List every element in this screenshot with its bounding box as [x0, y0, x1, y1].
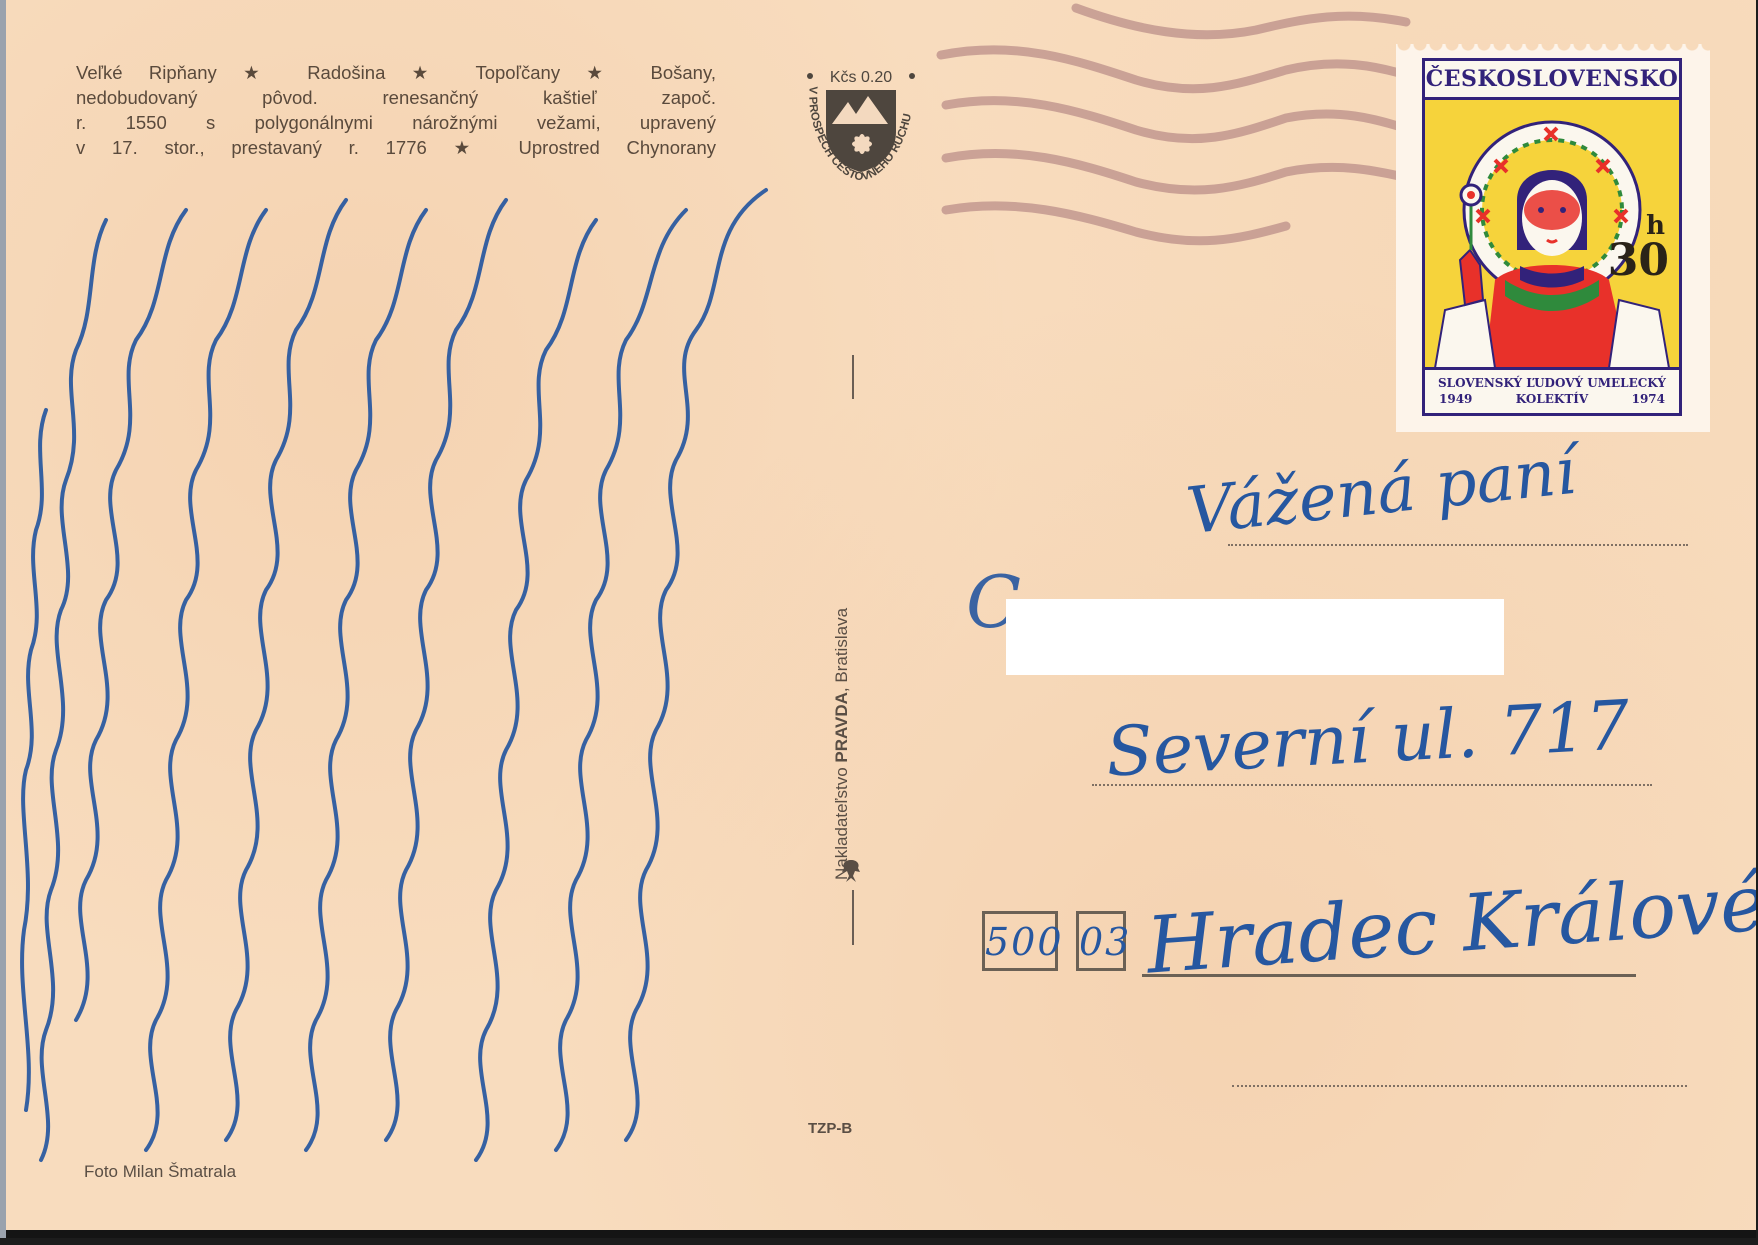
postmark-cancellation — [936, 0, 1436, 250]
zip-code-part-2: 03 — [1079, 920, 1123, 964]
stamp-frame: ČESKOSLOVENSKO — [1422, 58, 1682, 416]
postcard: Veľké Ripňany ★ Radošina ★ Topoľčany ★ B… — [0, 0, 1756, 1238]
card-edge-shadow — [6, 1230, 1756, 1238]
emblem-price: Kčs 0.20 — [830, 69, 892, 86]
stamp-value: 30 — [1608, 235, 1669, 286]
stamp-footer-word: KOLEKTÍV — [1516, 391, 1588, 407]
zip-code-box-2: 03 — [1076, 911, 1126, 971]
zip-code-part-1: 500 — [985, 920, 1055, 964]
address-line-5 — [1232, 1085, 1687, 1087]
address-line-3 — [1092, 784, 1652, 786]
card-code: TZP-B — [808, 1120, 852, 1137]
pravda-logo-icon — [839, 858, 863, 884]
postage-stamp: ČESKOSLOVENSKO — [1396, 44, 1710, 432]
photo-credit: Foto Milan Šmatrala — [84, 1162, 236, 1182]
redacted-name — [1006, 599, 1504, 675]
mountain-edelweiss-shield-icon: Kčs 0.20 V PROSPECH CESTOVNÉHO RUCHU — [796, 62, 926, 187]
address-line-1 — [1228, 544, 1688, 546]
address-street: Severní ul. 717 — [1104, 686, 1631, 792]
handwritten-message — [6, 170, 866, 1230]
address-salutation: Vážená paní — [1183, 435, 1579, 549]
stamp-footer: SLOVENSKÝ ĽUDOVÝ UMELECKÝ 1949 KOLEKTÍV … — [1425, 367, 1679, 413]
postcard-caption: Veľké Ripňany ★ Radošina ★ Topoľčany ★ B… — [76, 60, 716, 160]
city-underline — [1142, 974, 1636, 977]
stamp-country: ČESKOSLOVENSKO — [1425, 61, 1679, 100]
caption-line: nedobudovaný pôvod. renesančný kaštieľ z… — [76, 85, 716, 110]
vertical-divider-bottom — [852, 890, 854, 945]
caption-line: Veľké Ripňany ★ Radošina ★ Topoľčany ★ B… — [76, 60, 716, 85]
publisher-suffix: , Bratislava — [832, 608, 851, 692]
stamp-year-end: 1974 — [1632, 391, 1665, 407]
zip-code-box-1: 500 — [982, 911, 1058, 971]
stamp-denomination: h 30 — [1608, 211, 1669, 281]
stamp-year-start: 1949 — [1439, 391, 1472, 407]
publisher-name: PRAVDA — [832, 692, 851, 763]
publisher-imprint: Nakladateľstvo PRAVDA, Bratislava — [832, 608, 852, 880]
caption-line: r. 1550 s polygonálnymi nárožnými vežami… — [76, 110, 716, 135]
address-city: Hradec Králové — [1144, 858, 1756, 991]
caption-line: v 17. stor., prestavaný r. 1776 ★ Uprost… — [76, 135, 716, 160]
stamp-footer-line1: SLOVENSKÝ ĽUDOVÝ UMELECKÝ — [1425, 375, 1679, 391]
vertical-divider-top — [852, 355, 854, 399]
